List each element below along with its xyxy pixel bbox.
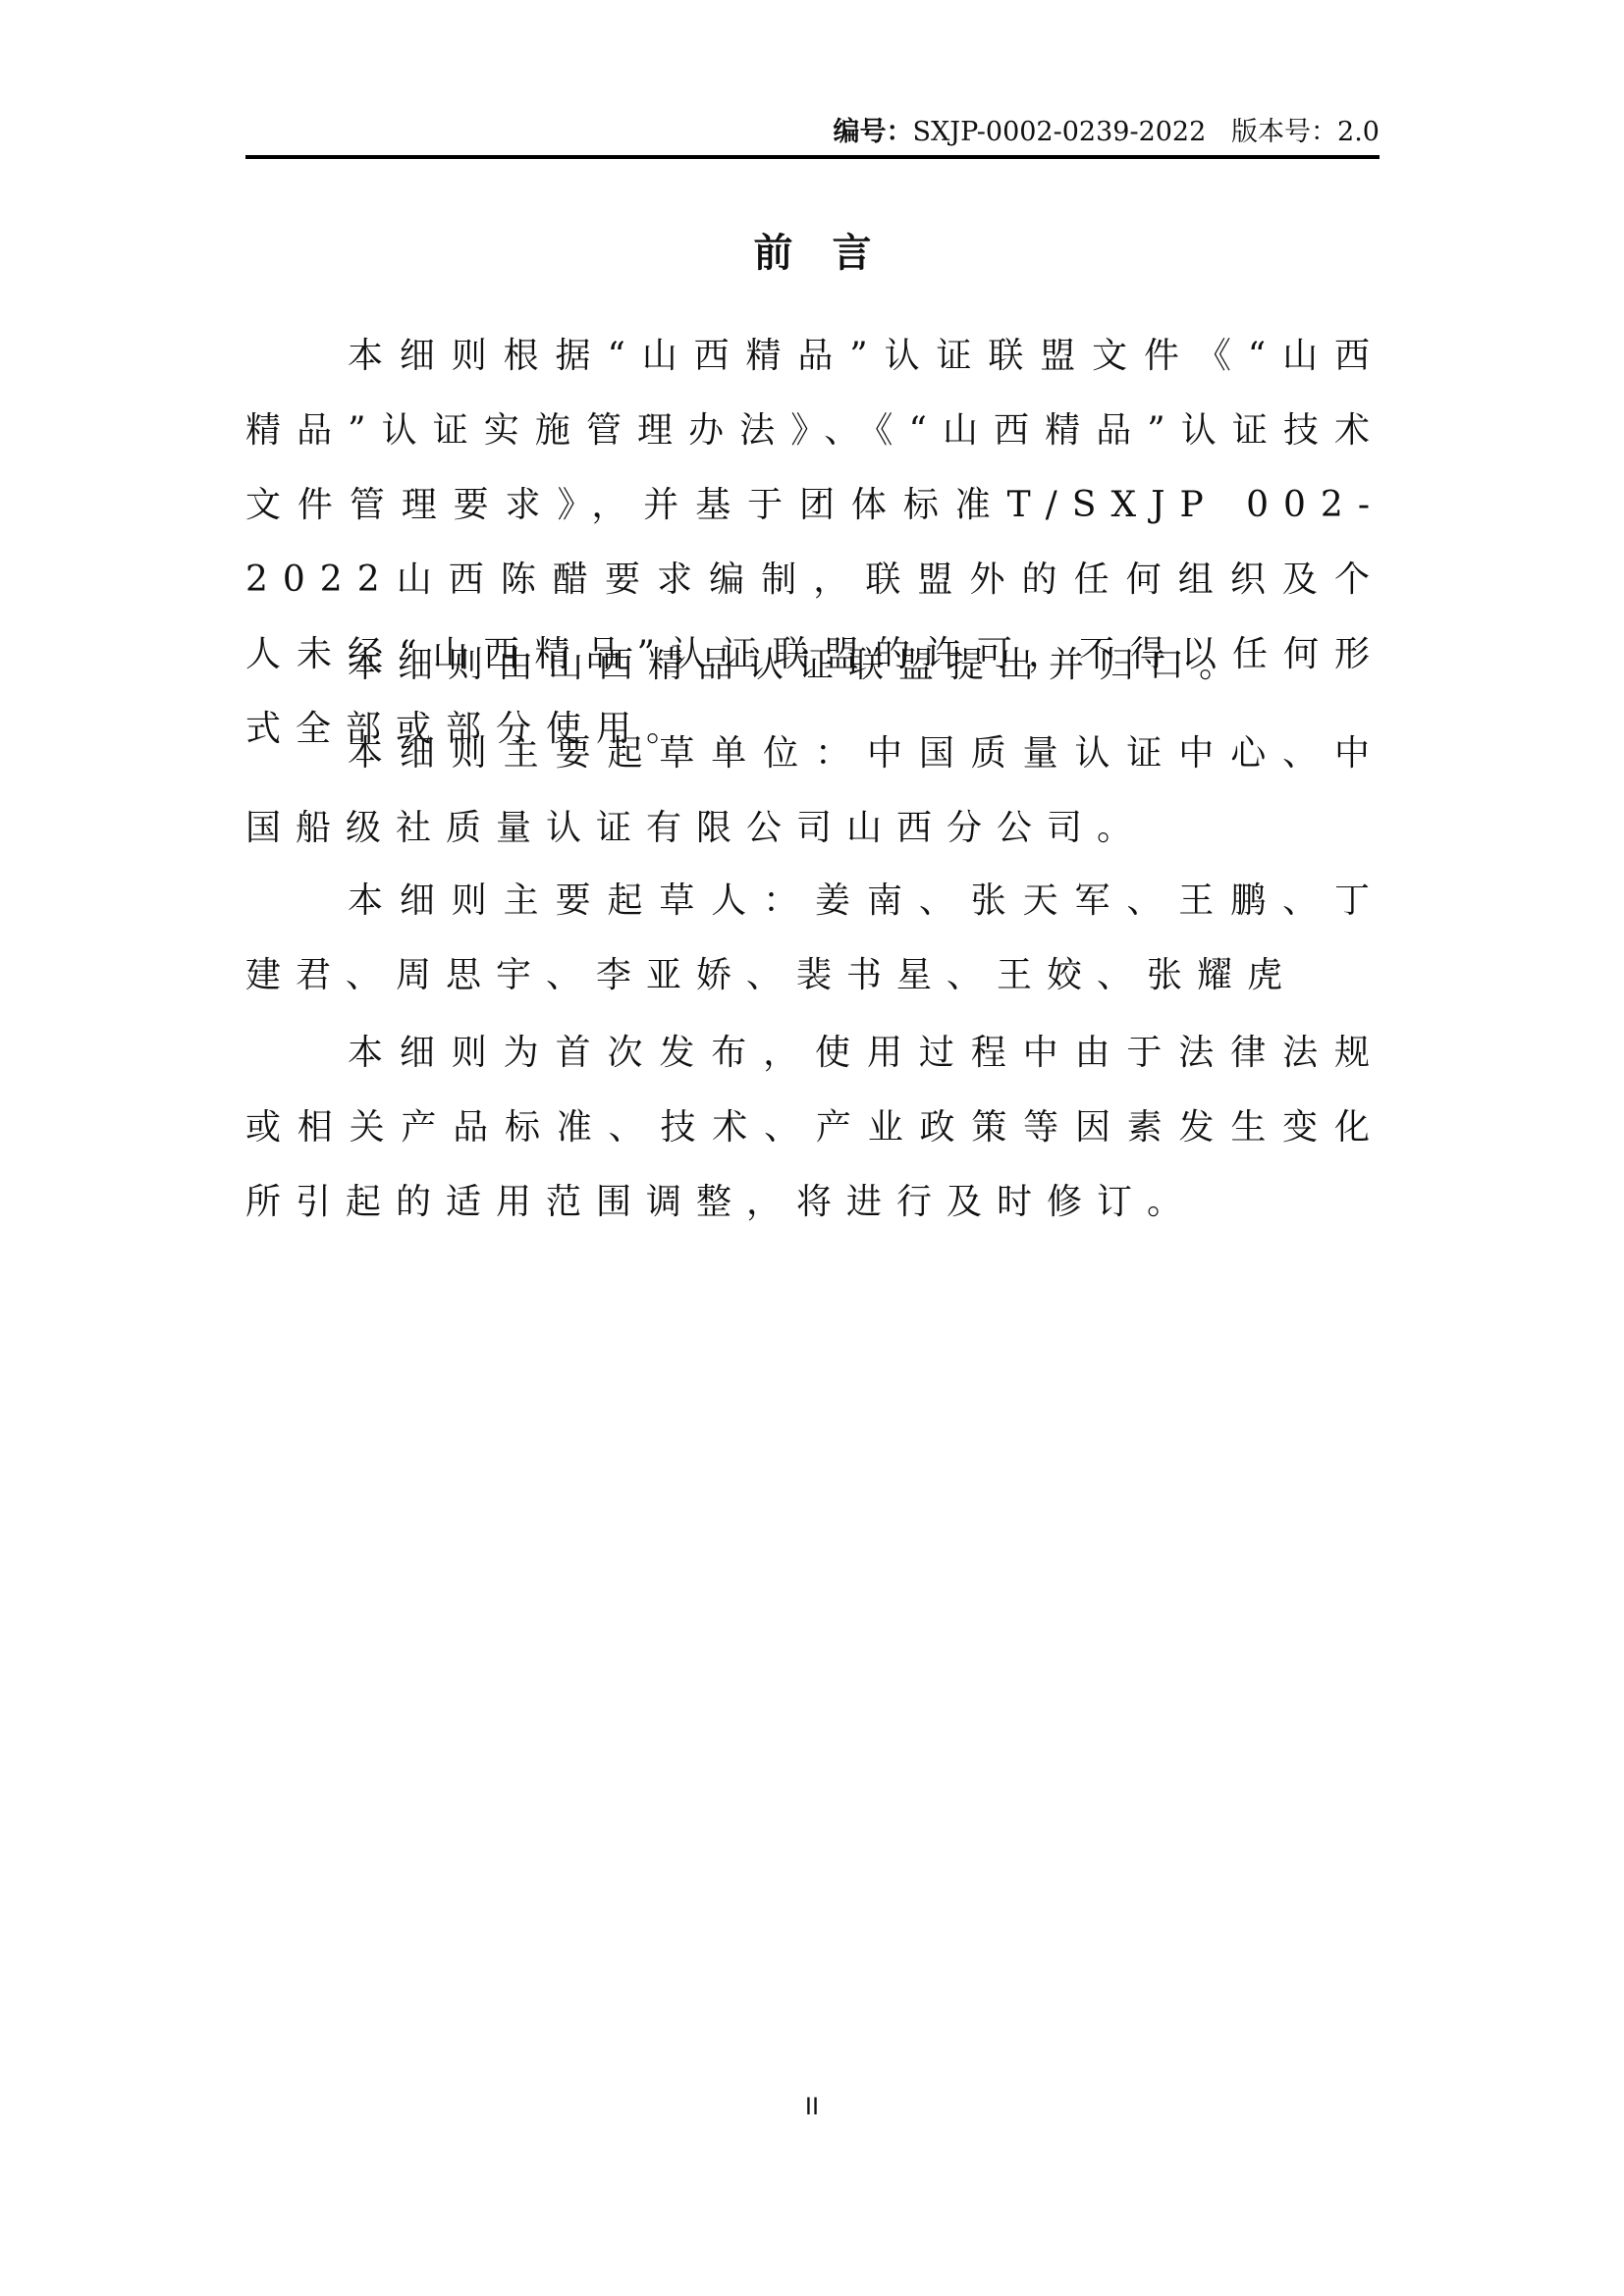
paragraph-drafting-units: 本细则主要起草单位：中国质量认证中心、中国船级社质量认证有限公司山西分公司。 — [245, 717, 1384, 866]
version-label: 版本号： — [1231, 117, 1337, 147]
version-number: 2.0 — [1337, 117, 1380, 147]
document-code: SXJP-0002-0239-2022 — [913, 117, 1207, 147]
paragraph-proposer: 本细则由山西精品认证联盟提出并归口。 — [245, 628, 1384, 703]
header-rule — [245, 155, 1380, 159]
paragraph-drafters: 本细则主要起草人：姜南、张天军、王鹏、丁建君、周思宇、李亚娇、裴书星、王姣、张耀… — [245, 864, 1384, 1013]
document-code-label: 编号： — [834, 117, 913, 147]
page-number: II — [785, 2093, 839, 2120]
document-header: 编号：SXJP-0002-0239-2022 版本号：2.0 — [245, 110, 1380, 148]
paragraph-release-note: 本细则为首次发布，使用过程中由于法律法规或相关产品标准、技术、产业政策等因素发生… — [245, 1016, 1384, 1240]
page-title: 前言 — [245, 222, 1380, 278]
